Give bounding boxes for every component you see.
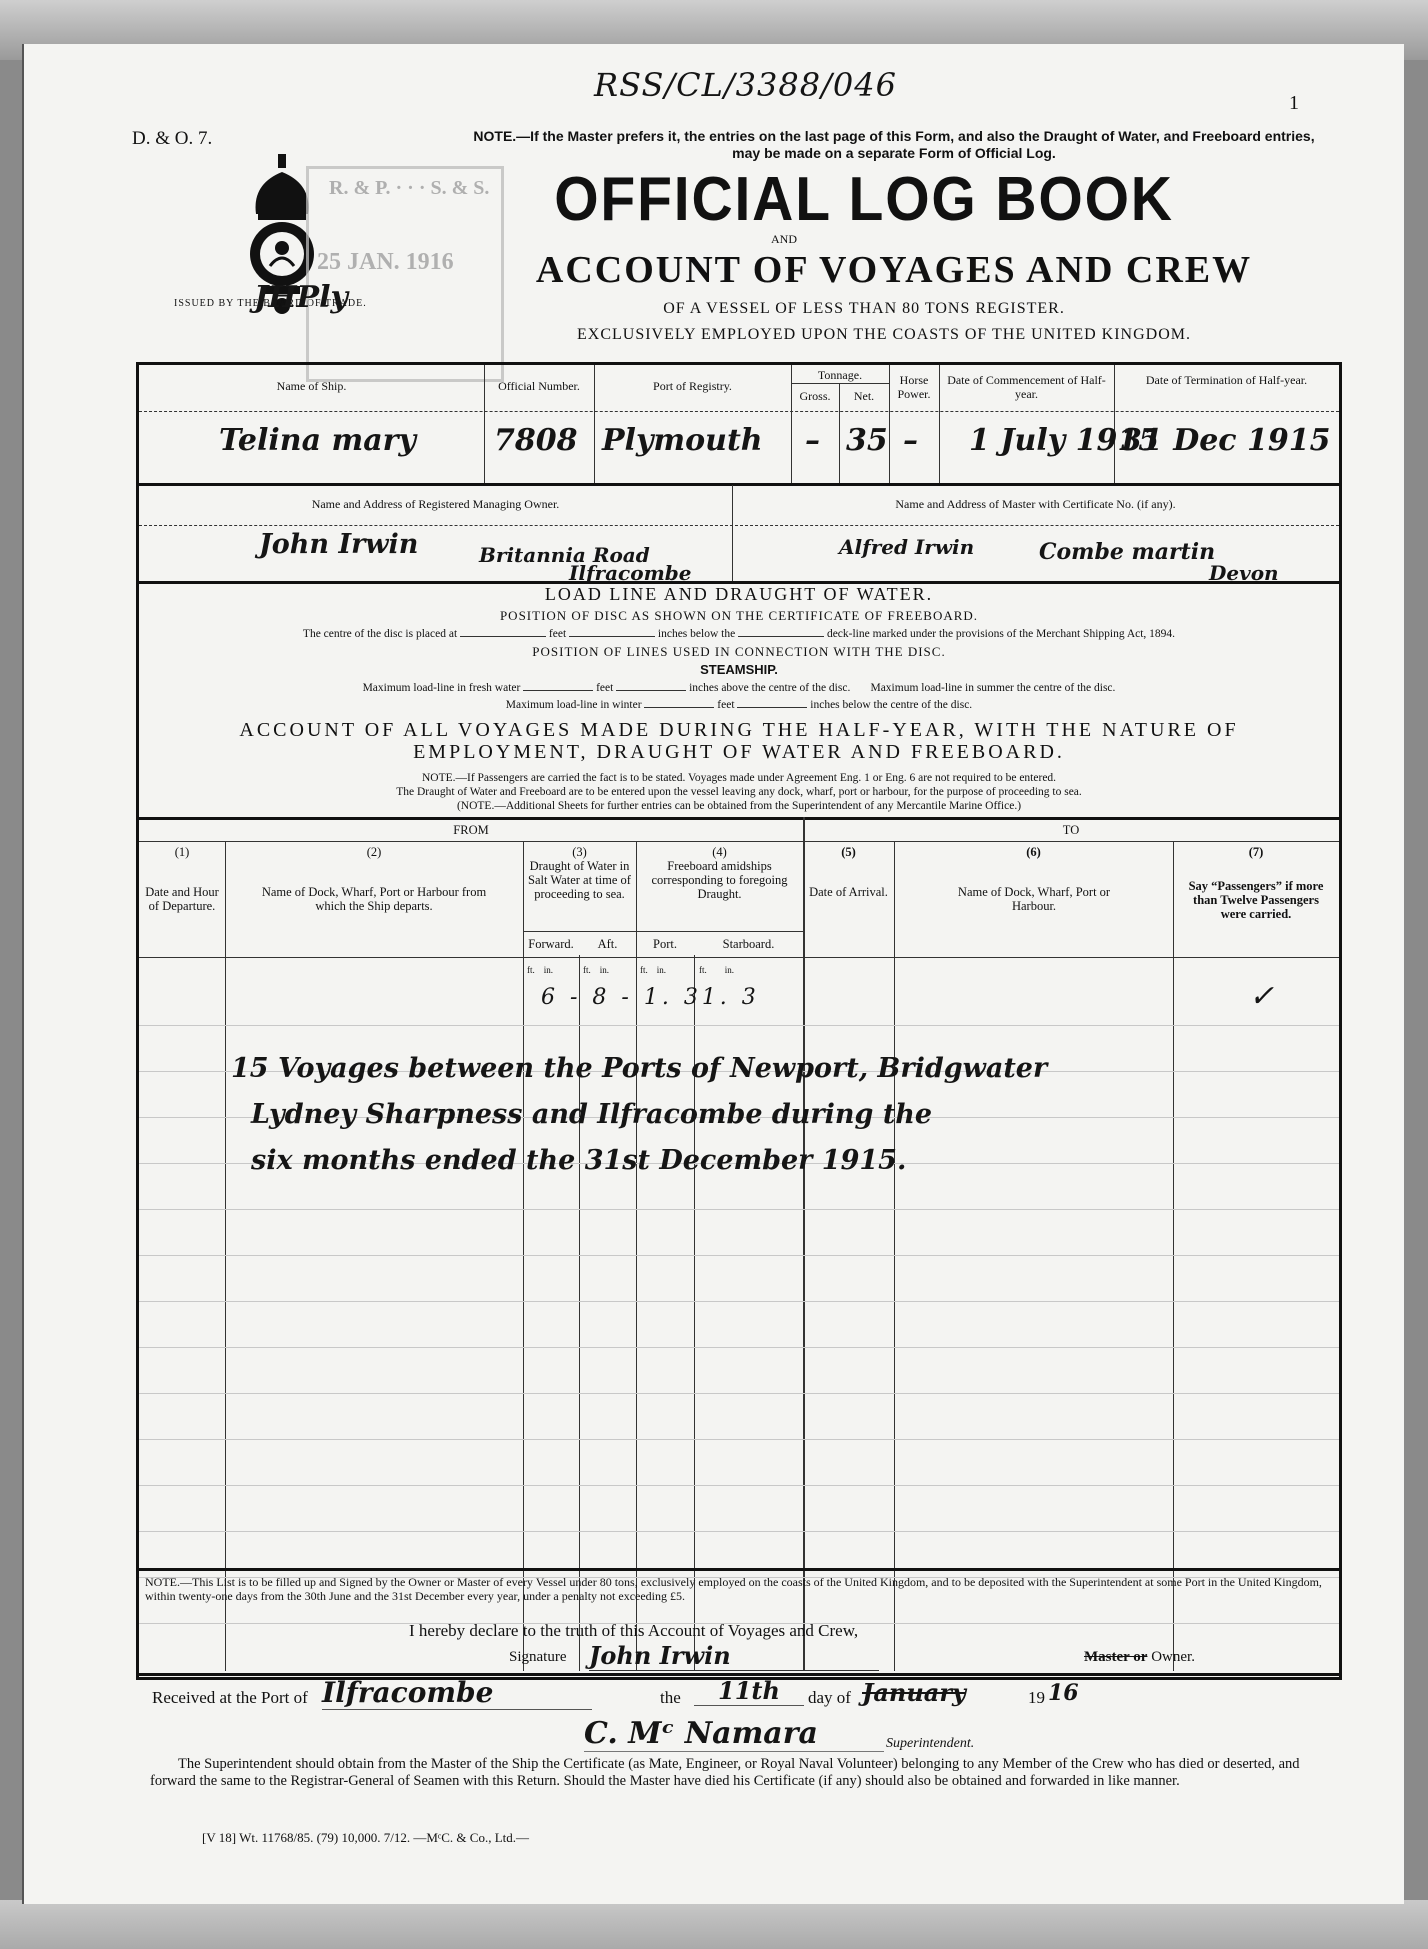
account-title-line2: EMPLOYMENT, DRAUGHT OF WATER AND FREEBOA… <box>139 741 1339 763</box>
vessel-class-line: OF A VESSEL OF LESS THAN 80 TONS REGISTE… <box>584 300 1144 318</box>
disc-position-line: The centre of the disc is placed at feet… <box>139 627 1339 641</box>
subcol-port: Port. <box>636 937 694 951</box>
subcol-forward: Forward. <box>523 937 579 951</box>
subcol-aft: Aft. <box>579 937 636 951</box>
header-tonnage: Tonnage. <box>791 368 889 382</box>
disc-feet-field <box>460 636 546 637</box>
master-name-value: Alfred Irwin <box>839 535 974 559</box>
col6-number: (6) <box>894 845 1173 859</box>
fresh-feet-label: feet <box>596 682 613 694</box>
stamp-header: R. & P. · · · S. & S. <box>329 177 489 200</box>
title-and: AND <box>724 232 844 247</box>
received-label: Received at the Port of <box>152 1688 308 1708</box>
page-subtitle: ACCOUNT OF VOYAGES AND CREW <box>464 248 1324 292</box>
form-code: D. & O. 7. <box>132 128 212 150</box>
header-port-of-registry: Port of Registry. <box>594 379 791 393</box>
header-horse-power: Horse Power. <box>891 373 937 401</box>
account-note2: The Draught of Water and Freeboard are t… <box>139 785 1339 799</box>
summer-line-label: Maximum load-line in summer the centre o… <box>870 682 1115 694</box>
superintendent-signature: C. Mᶜ Namara <box>584 1716 884 1752</box>
print-code: [V 18] Wt. 11768/85. (79) 10,000. 7/12. … <box>202 1830 529 1846</box>
role-owner: Owner. <box>1151 1649 1195 1665</box>
signature-value: John Irwin <box>589 1641 879 1671</box>
year-suffix: 16 <box>1048 1680 1079 1706</box>
page-title: OFFICIAL LOG BOOK <box>514 164 1213 235</box>
aft-ft-in: ft. in. <box>583 963 633 977</box>
voyage-entry-line3: six months ended the 31st December 1915. <box>251 1145 906 1176</box>
to-section-label: TO <box>803 823 1339 837</box>
role-struck: Master or <box>1084 1649 1147 1665</box>
header-gross: Gross. <box>791 389 839 403</box>
employment-line: EXCLUSIVELY EMPLOYED UPON THE COASTS OF … <box>494 326 1274 344</box>
winter-inches-field <box>737 707 807 708</box>
winter-line: Maximum load-line in winter feet inches … <box>139 698 1339 712</box>
horse-power-value: – <box>903 423 918 458</box>
fresh-feet-field <box>523 690 593 691</box>
forward-ft-in: ft. in. <box>527 963 577 977</box>
day-of-label: day of <box>808 1688 851 1708</box>
declaration-box: NOTE.—This List is to be filled up and S… <box>136 1568 1342 1680</box>
archive-reference: RSS/CL/3388/046 <box>594 66 897 104</box>
official-number-value: 7808 <box>494 423 578 458</box>
starboard-ft-in: ft. in. <box>699 963 789 977</box>
lines-heading: POSITION OF LINES USED IN CONNECTION WIT… <box>139 645 1339 659</box>
account-note1: NOTE.—If Passengers are carried the fact… <box>139 771 1339 785</box>
col7-label: Say “Passengers” if more than Twelve Pas… <box>1179 879 1333 921</box>
superintendent-label: Superintendent. <box>886 1736 974 1752</box>
master-address-line1: Combe martin <box>1039 539 1215 565</box>
received-day-value: 11th <box>694 1676 804 1706</box>
col6-label: Name of Dock, Wharf, Port or Harbour. <box>939 885 1129 913</box>
col5-number: (5) <box>803 845 894 859</box>
col1-label: Date and Hour of Departure. <box>139 885 225 913</box>
account-note3: (NOTE.—Additional Sheets for further ent… <box>139 799 1339 813</box>
feet-label: feet <box>549 628 566 640</box>
header-date-commencement: Date of Commencement of Half-year. <box>944 373 1109 401</box>
col5-label: Date of Arrival. <box>803 885 894 899</box>
steamship-heading: STEAMSHIP. <box>139 663 1339 677</box>
owner-name-value: John Irwin <box>259 529 418 560</box>
col4-label: Freeboard amidships corresponding to for… <box>638 859 801 901</box>
port-ft-in: ft. in. <box>640 963 690 977</box>
the-label: the <box>660 1688 681 1708</box>
voyage-entry-line2: Lydney Sharpness and Ilfracombe during t… <box>251 1099 932 1130</box>
header-date-termination: Date of Termination of Half-year. <box>1119 373 1334 387</box>
disc-heading: POSITION OF DISC AS SHOWN ON THE CERTIFI… <box>139 609 1339 623</box>
from-section-label: FROM <box>139 823 803 837</box>
received-month-value: January <box>862 1678 1022 1707</box>
date-termination-value: 31 Dec 1915 <box>1121 423 1331 458</box>
header-official-number: Official Number. <box>484 379 594 393</box>
winter-inches-label: inches below the centre of the disc. <box>810 699 972 711</box>
col3-label: Draught of Water in Salt Water at time o… <box>525 859 634 901</box>
voyage-entry-line1: 15 Voyages between the Ports of Newport,… <box>231 1053 1047 1084</box>
stamp-date: 25 JAN. 1916 <box>317 249 454 276</box>
winter-label: Maximum load-line in winter <box>506 699 642 711</box>
closing-note: NOTE.—This List is to be filled up and S… <box>145 1575 1333 1603</box>
fresh-inches-label: inches above the centre of the disc. <box>689 682 850 694</box>
top-note: NOTE.—If the Master prefers it, the entr… <box>464 128 1324 162</box>
clerk-initials: JHPly <box>254 280 348 315</box>
col1-number: (1) <box>139 845 225 859</box>
col4-number: (4) <box>636 845 803 859</box>
disc-position-label: The centre of the disc is placed at <box>303 628 457 640</box>
fresh-inches-field <box>616 690 686 691</box>
header-net: Net. <box>839 389 889 403</box>
col2-label: Name of Dock, Wharf, Port or Harbour fro… <box>255 885 493 913</box>
account-title-line1: ACCOUNT OF ALL VOYAGES MADE DURING THE H… <box>139 719 1339 741</box>
subcol-starboard: Starboard. <box>694 937 803 951</box>
draught-freeboard-entry: 6 - 8 - 1. 31. 3 <box>541 985 760 1010</box>
winter-feet-label: feet <box>717 699 734 711</box>
ship-name-value: Telina mary <box>219 423 416 458</box>
received-port-value: Ilfracombe <box>322 1676 592 1710</box>
fresh-water-label: Maximum load-line in fresh water <box>363 682 521 694</box>
gross-tonnage-value: – <box>805 423 820 458</box>
log-form: Name of Ship. Official Number. Port of R… <box>136 362 1342 1676</box>
page-number: 1 <box>1289 92 1299 115</box>
scan-background-bottom <box>0 1900 1428 1949</box>
col7-number: (7) <box>1173 845 1339 859</box>
header-master: Name and Address of Master with Certific… <box>732 497 1339 511</box>
col3-number: (3) <box>523 845 636 859</box>
role-label: Master or Owner. <box>1084 1649 1195 1666</box>
header-name-of-ship: Name of Ship. <box>139 379 484 393</box>
superintendent-instruction: The Superintendent should obtain from th… <box>150 1756 1324 1790</box>
passengers-tick: ✓ <box>1249 979 1274 1014</box>
disc-inches-field <box>569 636 655 637</box>
load-line-title: LOAD LINE AND DRAUGHT OF WATER. <box>139 587 1339 601</box>
declaration-text: I hereby declare to the truth of this Ac… <box>409 1621 858 1641</box>
log-book-page: RSS/CL/3388/046 1 D. & O. 7. NOTE.—If th… <box>22 44 1404 1904</box>
year-prefix: 19 <box>1028 1688 1045 1708</box>
header-owner: Name and Address of Registered Managing … <box>139 497 732 511</box>
deck-line-field <box>738 636 824 637</box>
signature-label: Signature <box>509 1649 567 1666</box>
winter-feet-field <box>644 707 714 708</box>
col2-number: (2) <box>225 845 523 859</box>
net-tonnage-value: 35 <box>846 423 888 458</box>
inches-below-label: inches below the <box>658 628 735 640</box>
deck-line-label: deck-line marked under the provisions of… <box>827 628 1175 640</box>
fresh-water-line: Maximum load-line in fresh water feet in… <box>139 681 1339 695</box>
port-of-registry-value: Plymouth <box>602 423 763 458</box>
